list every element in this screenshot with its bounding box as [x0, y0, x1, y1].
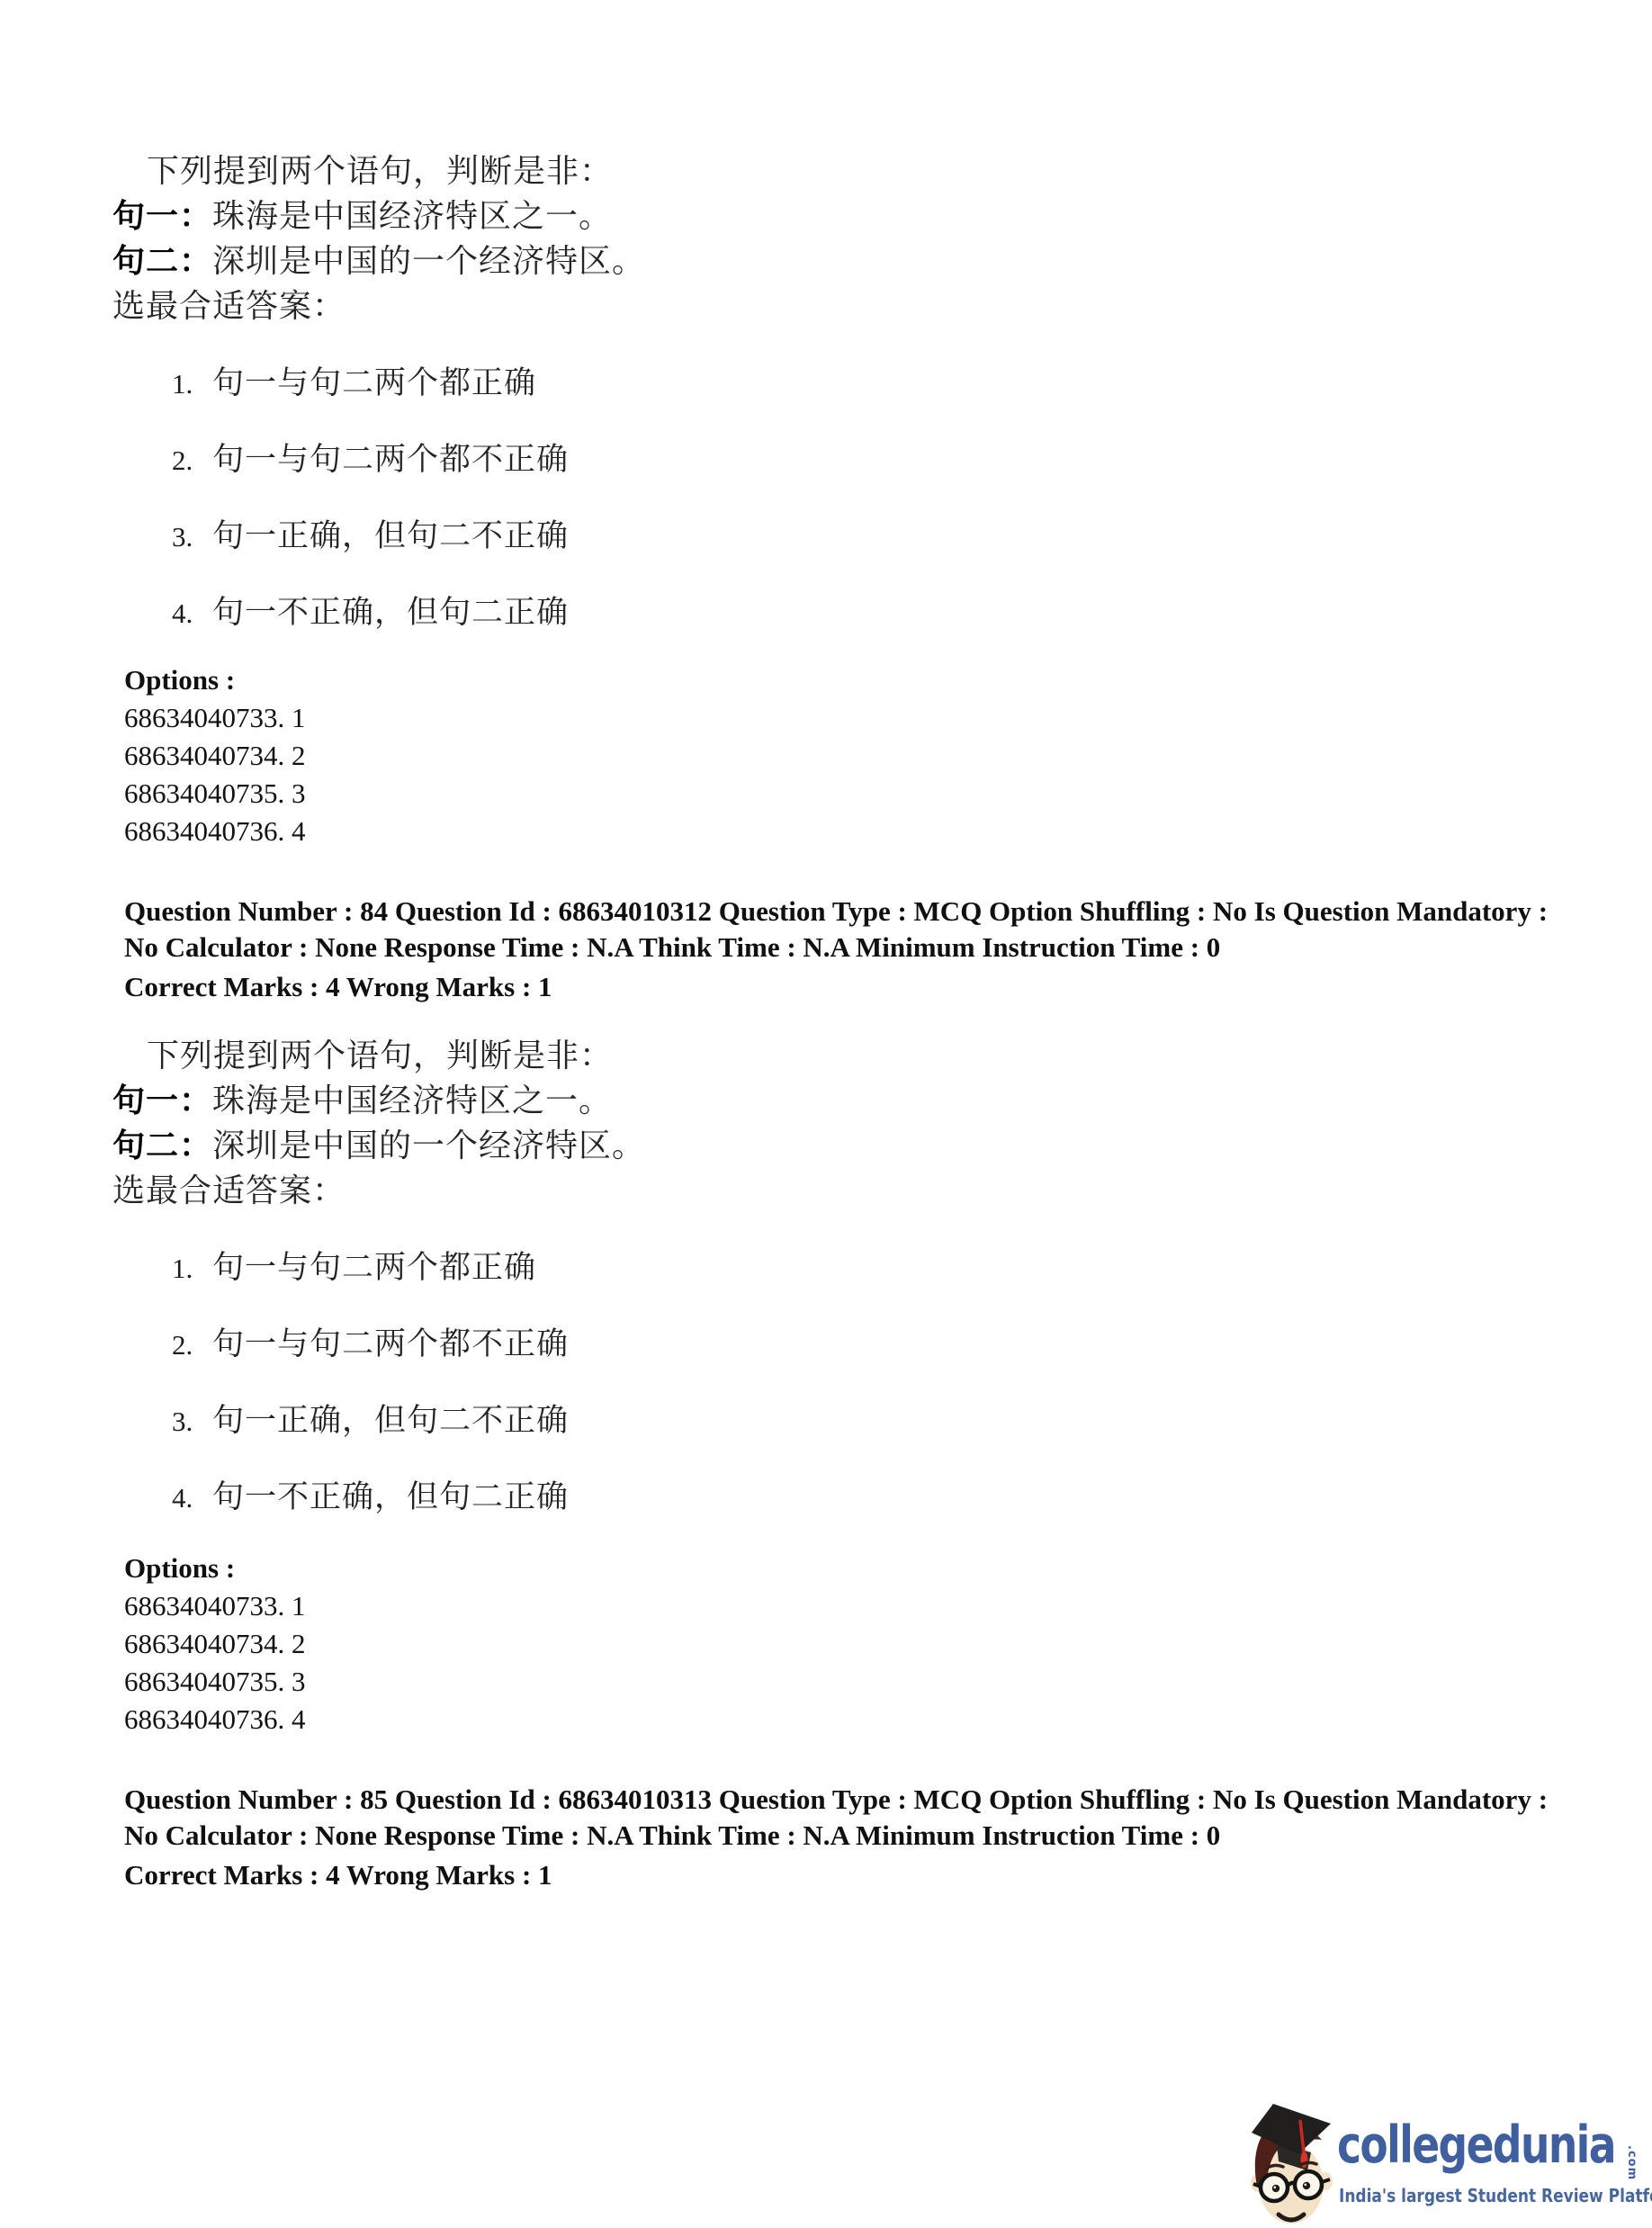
- collegedunia-logo: collegedunia .com India's largest Studen…: [1240, 2098, 1652, 2228]
- choice-row: 3.句一正确，但句二不正确: [172, 511, 569, 556]
- choice-text: 句一与句二两个都不正确: [212, 1319, 569, 1364]
- prompt-line-text: 下列提到两个语句，判断是非：: [147, 1038, 613, 1074]
- question-meta-line: Question Number : 84 Question Id : 68634…: [124, 894, 1582, 930]
- prompt-line-text: 选最合适答案：: [112, 288, 346, 325]
- options-heading: Options :: [124, 661, 306, 699]
- option-id-line: 68634040734. 2: [124, 737, 306, 775]
- choice-row: 3.句一正确，但句二不正确: [172, 1396, 569, 1441]
- logo-wordmark: collegedunia: [1337, 2120, 1615, 2171]
- question-85-meta: Question Number : 85 Question Id : 68634…: [124, 1782, 1582, 1893]
- choice-list-2: 1.句一与句二两个都正确 2.句一与句二两个都不正确 3.句一正确，但句二不正确…: [172, 1243, 569, 1549]
- question-meta-line: No Calculator : None Response Time : N.A…: [124, 1818, 1582, 1854]
- choice-text: 句一与句二两个都不正确: [212, 435, 569, 480]
- prompt-line: 下列提到两个语句，判断是非：: [112, 1034, 645, 1079]
- choice-number: 3.: [172, 1406, 212, 1438]
- choice-number: 4.: [172, 597, 212, 630]
- option-id-line: 68634040733. 1: [124, 1587, 306, 1625]
- prompt-line-bold: 句一：: [112, 198, 212, 235]
- choice-text: 句一正确，但句二不正确: [212, 1396, 569, 1441]
- choice-text: 句一与句二两个都正确: [212, 358, 536, 403]
- prompt-line: 选最合适答案：: [112, 284, 645, 329]
- correct-marks-line: Correct Marks : 4 Wrong Marks : 1: [124, 969, 1582, 1005]
- choice-number: 2.: [172, 1329, 212, 1361]
- choice-list-1: 1.句一与句二两个都正确 2.句一与句二两个都不正确 3.句一正确，但句二不正确…: [172, 358, 569, 664]
- correct-marks-line: Correct Marks : 4 Wrong Marks : 1: [124, 1857, 1582, 1893]
- choice-row: 2.句一与句二两个都不正确: [172, 435, 569, 480]
- choice-text: 句一不正确，但句二正确: [212, 588, 569, 633]
- options-id-list-1: Options : 68634040733. 1 68634040734. 2 …: [124, 661, 306, 850]
- prompt-line: 下列提到两个语句，判断是非：: [112, 149, 645, 194]
- choice-row: 4.句一不正确，但句二正确: [172, 1472, 569, 1517]
- prompt-line-text: 深圳是中国的一个经济特区。: [212, 243, 645, 280]
- prompt-line-bold: 句一：: [112, 1083, 212, 1119]
- prompt-line: 句二：深圳是中国的一个经济特区。: [112, 1124, 645, 1169]
- prompt-line-bold: 句二：: [112, 1127, 212, 1164]
- prompt-line: 句一：珠海是中国经济特区之一。: [112, 194, 645, 239]
- question-84-meta: Question Number : 84 Question Id : 68634…: [124, 894, 1582, 1005]
- prompt-line: 选最合适答案：: [112, 1169, 645, 1214]
- prompt-line: 句一：珠海是中国经济特区之一。: [112, 1079, 645, 1124]
- question-meta-line: No Calculator : None Response Time : N.A…: [124, 930, 1582, 966]
- choice-number: 3.: [172, 521, 212, 553]
- prompt-line-text: 珠海是中国经济特区之一。: [212, 1083, 612, 1119]
- prompt-line-text: 下列提到两个语句，判断是非：: [147, 153, 613, 190]
- choice-number: 1.: [172, 368, 212, 400]
- choice-row: 1.句一与句二两个都正确: [172, 358, 569, 403]
- choice-text: 句一与句二两个都正确: [212, 1243, 536, 1288]
- option-id-line: 68634040735. 3: [124, 1663, 306, 1701]
- prompt-line-text: 选最合适答案：: [112, 1172, 346, 1209]
- logo-tagline: India's largest Student Review Platform: [1339, 2185, 1652, 2206]
- logo-domain: .com: [1625, 2145, 1639, 2180]
- option-id-line: 68634040734. 2: [124, 1625, 306, 1663]
- option-id-line: 68634040733. 1: [124, 699, 306, 737]
- option-id-line: 68634040736. 4: [124, 1701, 306, 1738]
- question-prompt-1: 下列提到两个语句，判断是非： 句一：珠海是中国经济特区之一。 句二：深圳是中国的…: [112, 149, 645, 329]
- options-heading: Options :: [124, 1550, 306, 1587]
- choice-number: 1.: [172, 1253, 212, 1285]
- choice-text: 句一正确，但句二不正确: [212, 511, 569, 556]
- choice-row: 2.句一与句二两个都不正确: [172, 1319, 569, 1364]
- prompt-line: 句二：深圳是中国的一个经济特区。: [112, 239, 645, 284]
- question-prompt-2: 下列提到两个语句，判断是非： 句一：珠海是中国经济特区之一。 句二：深圳是中国的…: [112, 1034, 645, 1214]
- options-id-list-2: Options : 68634040733. 1 68634040734. 2 …: [124, 1550, 306, 1738]
- choice-number: 4.: [172, 1482, 212, 1514]
- choice-row: 1.句一与句二两个都正确: [172, 1243, 569, 1288]
- option-id-line: 68634040735. 3: [124, 775, 306, 813]
- choice-row: 4.句一不正确，但句二正确: [172, 588, 569, 633]
- question-meta-line: Question Number : 85 Question Id : 68634…: [124, 1782, 1582, 1818]
- prompt-line-text: 珠海是中国经济特区之一。: [212, 198, 612, 235]
- option-id-line: 68634040736. 4: [124, 813, 306, 850]
- prompt-line-text: 深圳是中国的一个经济特区。: [212, 1127, 645, 1164]
- mascot-icon: [1246, 2100, 1336, 2228]
- choice-number: 2.: [172, 445, 212, 477]
- prompt-line-bold: 句二：: [112, 243, 212, 280]
- choice-text: 句一不正确，但句二正确: [212, 1472, 569, 1517]
